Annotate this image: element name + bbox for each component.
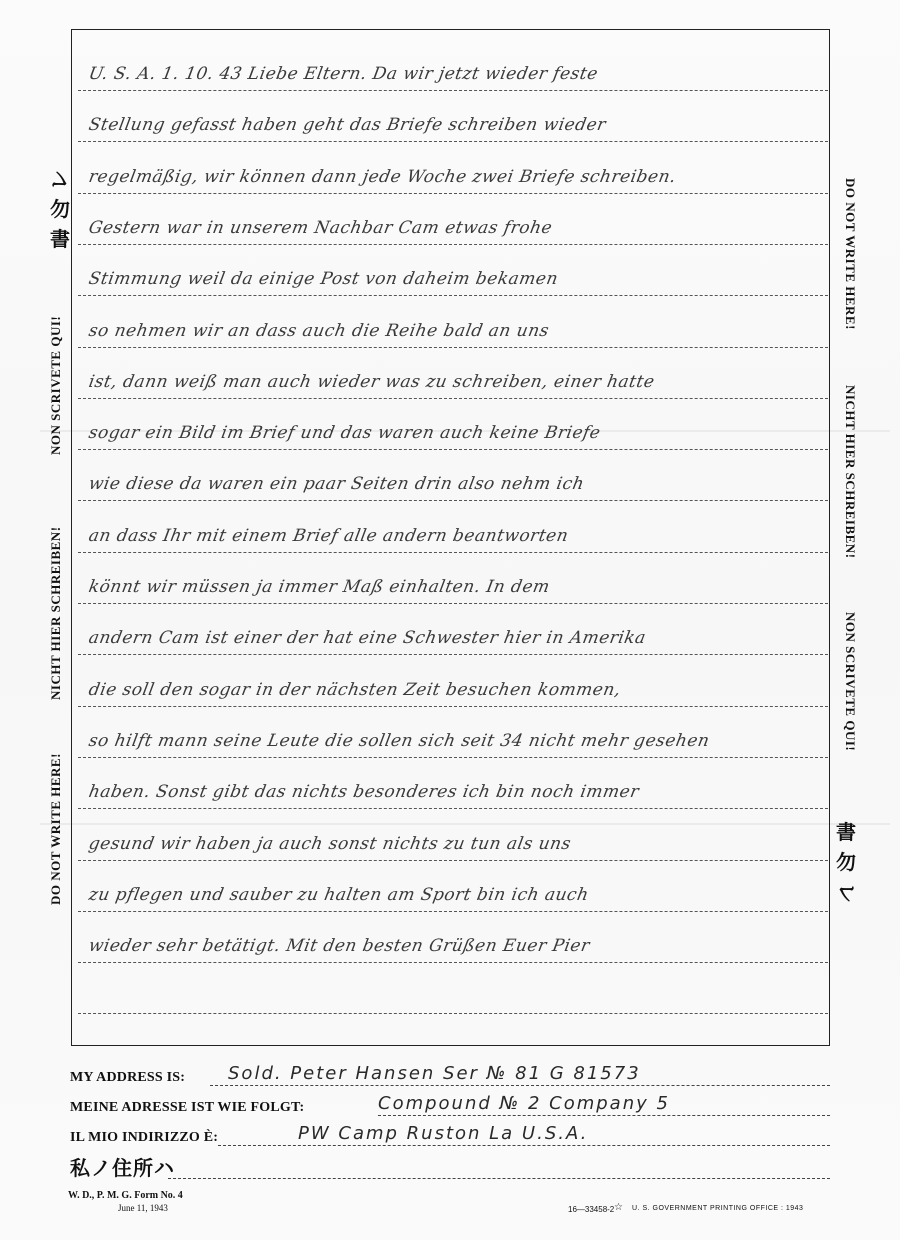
- handwritten-line: Gestern war in unserem Nachbar Cam etwas…: [85, 218, 830, 248]
- handwritten-line: haben. Sonst gibt das nichts besonderes …: [85, 782, 830, 812]
- handwritten-line: sogar ein Bild im Brief und das waren au…: [85, 423, 830, 453]
- handwritten-line: die soll den sogar in der nächsten Zeit …: [85, 680, 830, 710]
- address-row-italian: IL MIO INDIRIZZO È: PW Camp Ruston La U.…: [70, 1124, 830, 1148]
- right-warning-japanese: 書 勿 レ: [836, 818, 856, 908]
- right-warning-english: DO NOT WRITE HERE!: [842, 178, 858, 330]
- left-warning-german: NICHT HIER SCHREIBEN!: [48, 526, 64, 700]
- address-dotted-line: [218, 1145, 830, 1146]
- jp-char-re: レ: [45, 170, 75, 190]
- meine-adresse-value[interactable]: Compound № 2 Company 5: [378, 1093, 670, 1114]
- form-number: W. D., P. M. G. Form No. 4: [68, 1190, 183, 1201]
- meine-adresse-label: MEINE ADRESSE IST WIE FOLGT:: [70, 1100, 304, 1116]
- handwritten-line: regelmäßig, wir können dann jede Woche z…: [85, 167, 830, 197]
- handwritten-line: Stellung gefasst haben geht das Briefe s…: [85, 115, 830, 145]
- handwritten-line: an dass Ihr mit einem Brief alle andern …: [85, 526, 830, 556]
- handwritten-line: könnt wir müssen ja immer Maß einhalten.…: [85, 577, 830, 607]
- left-warning-italian: NON SCRIVETE QUI!: [48, 316, 64, 455]
- address-dotted-line: [210, 1085, 830, 1086]
- printing-office: U. S. GOVERNMENT PRINTING OFFICE : 1943: [632, 1205, 803, 1212]
- left-warning-japanese: レ 勿 書: [50, 165, 70, 255]
- handwritten-line: andern Cam ist einer der hat eine Schwes…: [85, 628, 830, 658]
- mio-indirizzo-value[interactable]: PW Camp Ruston La U.S.A.: [298, 1123, 588, 1144]
- address-dotted-line-japanese[interactable]: [168, 1178, 830, 1179]
- print-code: 16—33458-2: [568, 1205, 614, 1214]
- handwritten-line: wieder sehr betätigt. Mit den besten Grü…: [85, 936, 830, 966]
- handwritten-line: wie diese da waren ein paar Seiten drin …: [85, 474, 830, 504]
- jp-char-re: レ: [831, 883, 861, 903]
- right-warning-german: NICHT HIER SCHREIBEN!: [842, 385, 858, 559]
- mio-indirizzo-label: IL MIO INDIRIZZO È:: [70, 1130, 218, 1146]
- address-dotted-line: [378, 1115, 830, 1116]
- jp-char-kaku: 書: [50, 225, 70, 255]
- left-warning-english: DO NOT WRITE HERE!: [48, 753, 64, 905]
- address-row-german: MEINE ADRESSE IST WIE FOLGT: Compound № …: [70, 1094, 830, 1118]
- jp-char-na: 勿: [50, 195, 70, 225]
- jp-char-na: 勿: [836, 848, 856, 878]
- jp-char-kaku: 書: [836, 818, 856, 848]
- japanese-address-label: 私ノ住所ハ: [70, 1152, 175, 1181]
- my-address-value[interactable]: Sold. Peter Hansen Ser № 81 G 81573: [228, 1063, 641, 1084]
- handwritten-line: ist, dann weiß man auch wieder was zu sc…: [85, 372, 830, 402]
- handwritten-line: so nehmen wir an dass auch die Reihe bal…: [85, 321, 830, 351]
- handwritten-line: zu pflegen und sauber zu halten am Sport…: [85, 885, 830, 915]
- star-icon: ☆: [614, 1202, 623, 1213]
- handwritten-line: U. S. A. 1. 10. 43 Liebe Eltern. Da wir …: [85, 64, 830, 94]
- letter-sheet: U. S. A. 1. 10. 43 Liebe Eltern. Da wir …: [0, 0, 900, 1240]
- address-row-english: MY ADDRESS IS: Sold. Peter Hansen Ser № …: [70, 1064, 830, 1088]
- handwritten-line: Stimmung weil da einige Post von daheim …: [85, 269, 830, 299]
- handwritten-line: so hilft mann seine Leute die sollen sic…: [85, 731, 830, 761]
- right-warning-italian: NON SCRIVETE QUI!: [842, 612, 858, 751]
- handwritten-line: gesund wir haben ja auch sonst nichts zu…: [85, 834, 830, 864]
- ruled-line: [78, 1013, 828, 1014]
- form-date: June 11, 1943: [118, 1203, 168, 1213]
- my-address-label: MY ADDRESS IS:: [70, 1070, 185, 1086]
